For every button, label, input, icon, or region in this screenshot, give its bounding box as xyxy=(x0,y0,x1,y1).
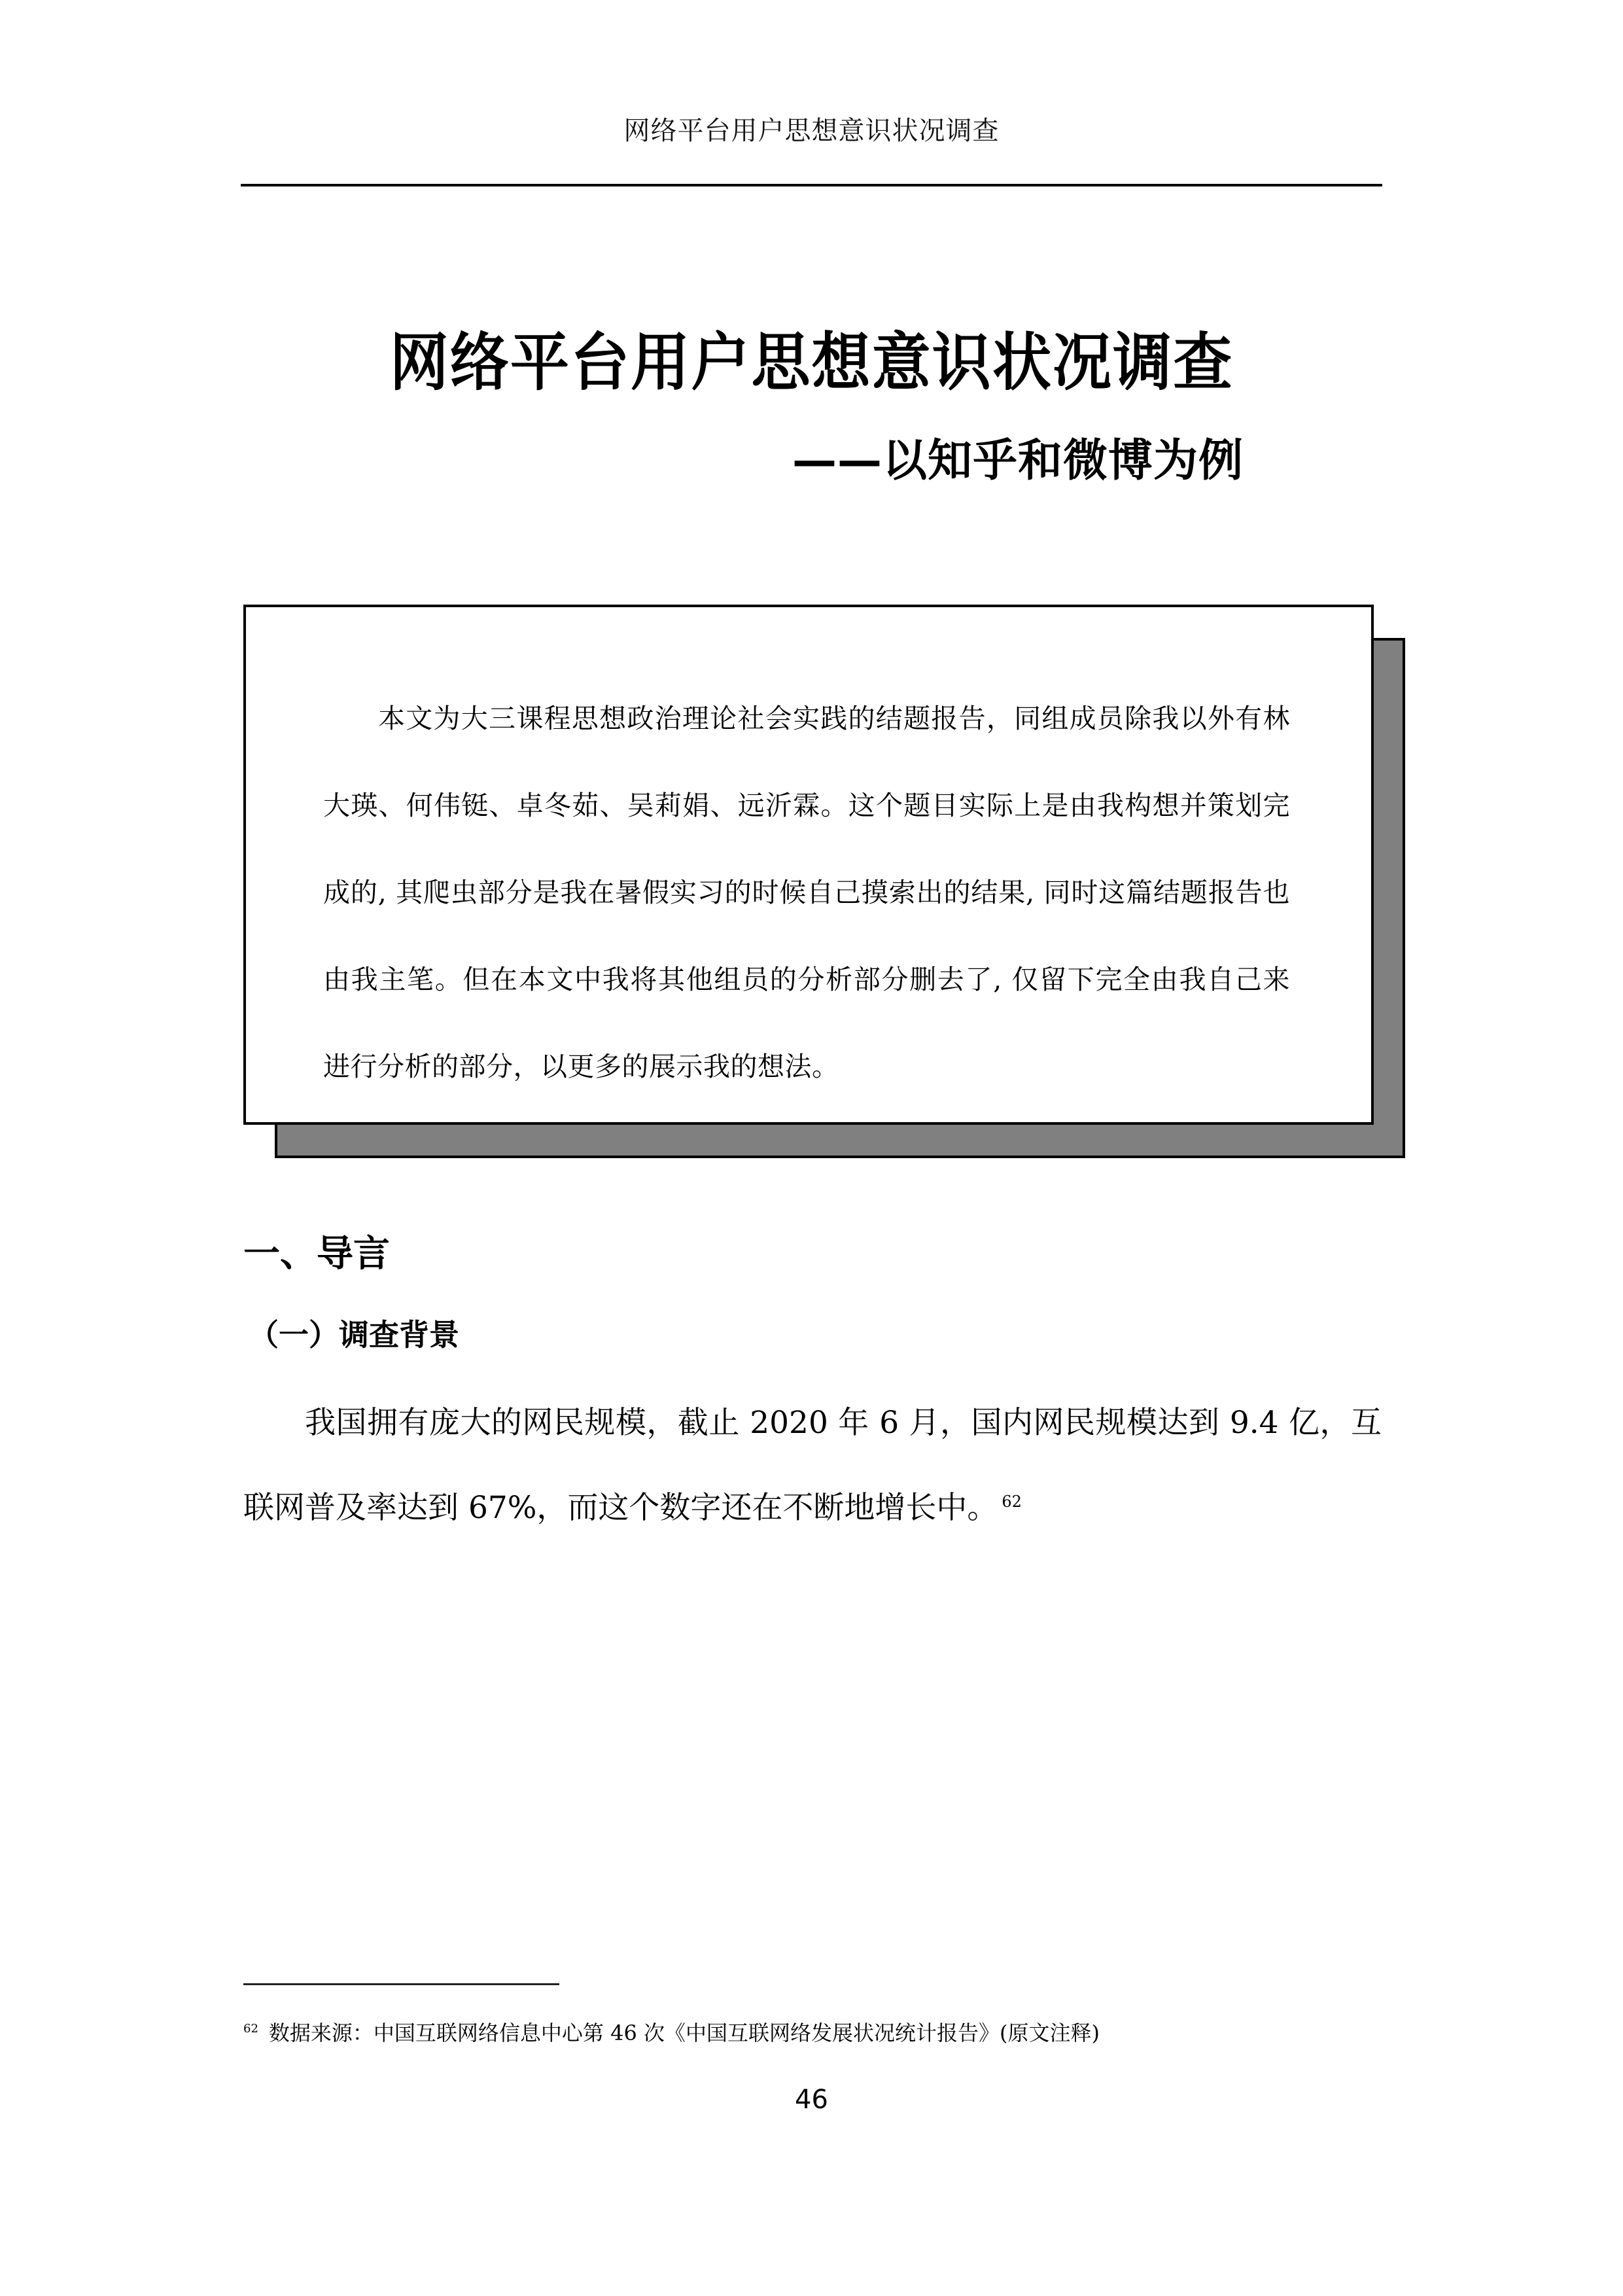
page-number: 46 xyxy=(0,2085,1623,2115)
header-divider xyxy=(241,184,1382,186)
footnote-reference[interactable]: 62 xyxy=(1002,1492,1022,1511)
body-paragraph: 我国拥有庞大的网民规模，截止 2020 年 6 月，国内网民规模达到 9.4 亿… xyxy=(243,1381,1382,1551)
footnote-number: 62 xyxy=(243,2022,258,2036)
footnote-text: 数据来源：中国互联网络信息中心第 46 次《中国互联网络发展状况统计报告》(原文… xyxy=(269,2021,1100,2045)
footnote-divider xyxy=(243,1983,559,1985)
body-paragraph-text: 我国拥有庞大的网民规模，截止 2020 年 6 月，国内网民规模达到 9.4 亿… xyxy=(243,1405,1382,1526)
section-heading: 一、导言 xyxy=(243,1225,390,1277)
running-header: 网络平台用户思想意识状况调查 xyxy=(0,110,1623,147)
author-note-text: 本文为大三课程思想政治理论社会实践的结题报告，同组成员除我以外有林大瑛、何伟铤、… xyxy=(323,675,1290,1110)
footnote: 62数据来源：中国互联网络信息中心第 46 次《中国互联网络发展状况统计报告》(… xyxy=(243,2017,1100,2047)
document-subtitle: ——以知乎和微博为例 xyxy=(792,425,1244,489)
document-title: 网络平台用户思想意识状况调查 xyxy=(48,313,1574,402)
author-note-box: 本文为大三课程思想政治理论社会实践的结题报告，同组成员除我以外有林大瑛、何伟铤、… xyxy=(243,605,1374,1125)
subsection-heading: （一）调查背景 xyxy=(249,1311,459,1354)
